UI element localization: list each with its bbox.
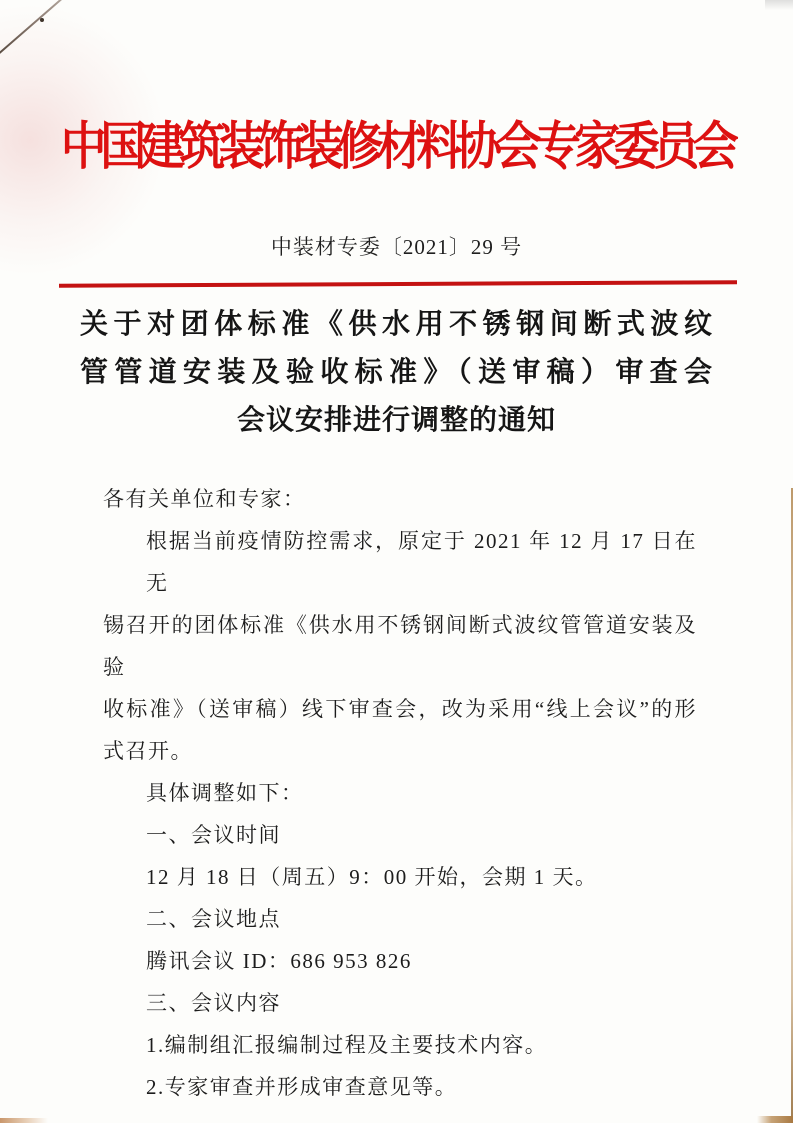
document-page: 中国建筑装饰装修材料协会专家委员会 中装材专委〔2021〕29 号 关于对团体标… bbox=[0, 0, 793, 1123]
body-line: 12 月 18 日（周五）9：00 开始，会期 1 天。 bbox=[103, 856, 697, 898]
notice-title-line: 会议安排进行调整的通知 bbox=[80, 397, 713, 445]
body-line: 三、会议内容 bbox=[103, 982, 697, 1024]
notice-title-line: 管管道安装及验收标准》（送审稿）审查会 bbox=[80, 349, 713, 397]
scan-edge-bottom-right bbox=[757, 1116, 793, 1123]
scan-edge-bottom-left bbox=[0, 1118, 48, 1123]
notice-title-line: 关于对团体标准《供水用不锈钢间断式波纹 bbox=[80, 301, 713, 349]
body-line: 具体调整如下： bbox=[103, 772, 697, 814]
body-line: 根据当前疫情防控需求，原定于 2021 年 12 月 17 日在无 bbox=[103, 520, 697, 604]
scan-speck bbox=[40, 18, 44, 22]
notice-title: 关于对团体标准《供水用不锈钢间断式波纹管管道安装及验收标准》（送审稿）审查会会议… bbox=[80, 301, 713, 445]
org-title: 中国建筑装饰装修材料协会专家委员会 bbox=[0, 116, 793, 179]
scan-corner-fold-line bbox=[0, 0, 65, 57]
red-divider-line bbox=[59, 280, 737, 288]
body-line: 式召开。 bbox=[103, 730, 697, 772]
body-line: 二、会议地点 bbox=[103, 898, 697, 940]
notice-body: 各有关单位和专家：根据当前疫情防控需求，原定于 2021 年 12 月 17 日… bbox=[103, 478, 697, 1108]
doc-number: 中装材专委〔2021〕29 号 bbox=[0, 230, 793, 264]
body-line: 一、会议时间 bbox=[103, 814, 697, 856]
body-line: 各有关单位和专家： bbox=[103, 478, 697, 520]
body-line: 1.编制组汇报编制过程及主要技术内容。 bbox=[103, 1024, 697, 1066]
body-line: 腾讯会议 ID：686 953 826 bbox=[103, 940, 697, 982]
body-line: 锡召开的团体标准《供水用不锈钢间断式波纹管管道安装及验 bbox=[103, 604, 697, 688]
scan-smudge-top-right bbox=[765, 0, 793, 10]
body-line: 收标准》（送审稿）线下审查会，改为采用“线上会议”的形 bbox=[103, 688, 697, 730]
body-line: 2.专家审查并形成审查意见等。 bbox=[103, 1066, 697, 1108]
